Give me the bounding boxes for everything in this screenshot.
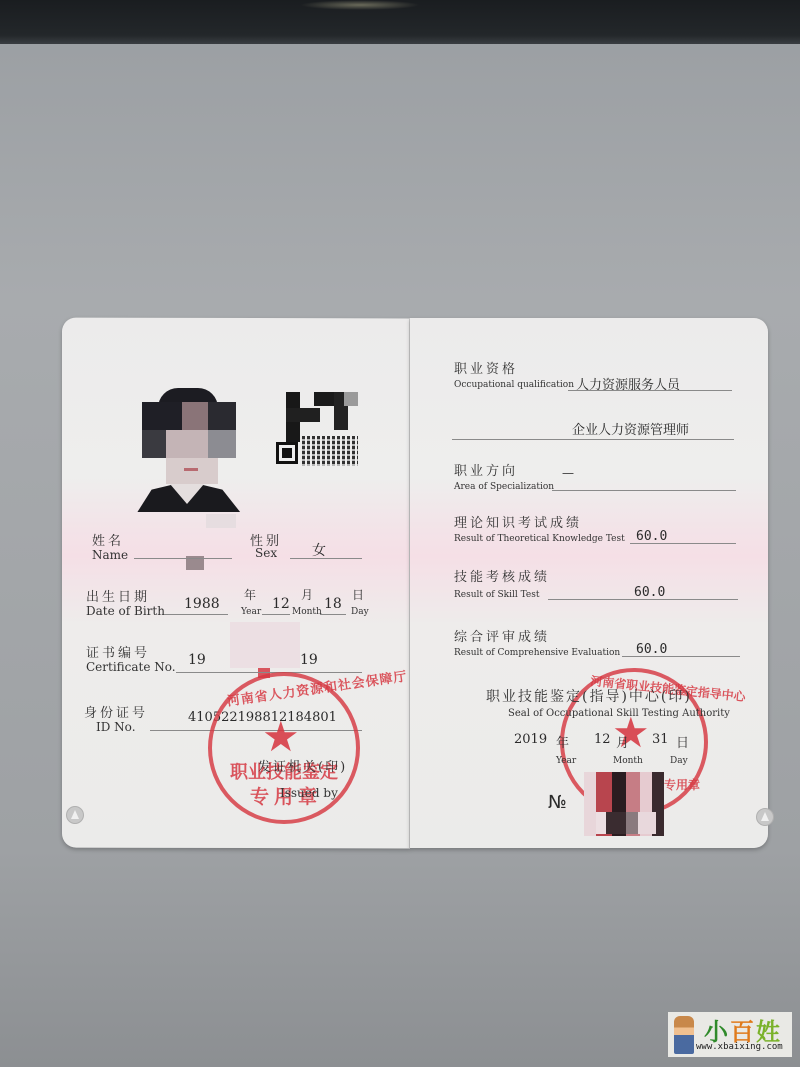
comprehensive-label-en: Result of Comprehensive Evaluation	[454, 648, 620, 658]
name-label-en: Name	[92, 548, 128, 562]
dob-day-en: Day	[351, 607, 369, 617]
occupation-label-en: Occupational qualification	[454, 380, 574, 390]
dob-year-en: Year	[241, 607, 261, 617]
issued-by-label-cn: 发证机关(印)	[258, 756, 347, 775]
specialization-label-en: Area of Specialization	[454, 482, 554, 492]
issue-day-cn: 日	[676, 732, 692, 751]
issue-month-en: Month	[613, 756, 643, 766]
skill-label-en: Result of Skill Test	[454, 590, 539, 600]
issue-year-en: Year	[556, 756, 576, 766]
qualification-level-underline	[452, 439, 734, 440]
specialization-value: —	[562, 466, 574, 480]
skill-underline	[548, 599, 738, 600]
id-no-label-en: ID No.	[96, 720, 136, 734]
cert-no-label-en: Certificate No.	[86, 660, 176, 674]
theory-label-en: Result of Theoretical Knowledge Test	[454, 534, 625, 544]
name-label-cn: 姓名	[92, 530, 124, 549]
theory-value: 60.0	[636, 529, 667, 544]
portrait-photo-pixelated	[128, 388, 246, 512]
left-seal-star-icon: ★	[262, 712, 300, 761]
farmer-mascot-icon	[674, 1016, 694, 1054]
occupation-label-cn: 职业资格	[454, 358, 518, 377]
skill-label-cn: 技能考核成绩	[454, 566, 550, 585]
cert-no-start: 19	[188, 652, 206, 668]
dob-year-underline	[164, 614, 228, 615]
comprehensive-label-cn: 综合评审成绩	[454, 626, 550, 645]
dob-month-cn: 月	[301, 586, 316, 603]
dob-year-cn: 年	[244, 586, 259, 603]
site-watermark: 小百姓 www.xbaixing.com	[668, 1012, 792, 1057]
dob-month: 12	[272, 596, 290, 612]
specialization-underline	[552, 490, 736, 491]
id-no-label-cn: 身份证号	[84, 702, 148, 721]
dob-day-cn: 日	[352, 586, 367, 603]
issue-month-cn: 月	[616, 732, 632, 751]
dob-month-underline	[262, 614, 290, 615]
cert-no-label-cn: 证书编号	[86, 642, 150, 661]
watermark-url: www.xbaixing.com	[696, 1042, 783, 1052]
name-underline	[134, 558, 232, 559]
issue-year: 2019	[514, 732, 547, 747]
left-page-emblem-icon	[66, 806, 84, 824]
serial-redacted-bottom	[596, 812, 656, 834]
sex-underline	[290, 558, 362, 559]
skill-value: 60.0	[634, 585, 665, 600]
sex-label-en: Sex	[255, 546, 277, 560]
qualification-level-value: 企业人力资源管理师	[572, 423, 702, 438]
theory-underline	[630, 543, 736, 544]
serial-prefix: №	[548, 792, 567, 813]
dob-month-en: Month	[292, 607, 322, 617]
comprehensive-value: 60.0	[636, 642, 667, 657]
issued-by-label-en: Issued by	[280, 786, 338, 800]
comprehensive-underline	[622, 656, 740, 657]
qr-code-pixelated	[274, 384, 362, 470]
dob-label-cn: 出生日期	[86, 586, 150, 605]
dob-day: 18	[324, 596, 342, 612]
cert-no-redacted	[230, 622, 300, 668]
theory-label-cn: 理论知识考试成绩	[454, 512, 582, 531]
dob-year: 1988	[184, 596, 220, 612]
authority-label-en: Seal of Occupational Skill Testing Autho…	[508, 708, 730, 719]
right-page-emblem-icon	[756, 808, 774, 826]
issue-day: 31	[652, 732, 669, 747]
issue-year-cn: 年	[556, 732, 572, 751]
occupation-underline	[568, 390, 732, 391]
cert-no-end: 19	[300, 652, 318, 668]
issue-day-en: Day	[670, 756, 688, 766]
authority-label-cn: 职业技能鉴定(指导)中心(印)	[486, 686, 692, 706]
sex-value: 女	[312, 540, 326, 560]
dob-day-underline	[320, 614, 346, 615]
dark-top-edge	[0, 0, 800, 44]
light-glare	[300, 0, 420, 10]
specialization-label-cn: 职业方向	[454, 460, 518, 479]
dob-label-en: Date of Birth	[86, 604, 165, 618]
issue-month: 12	[594, 732, 611, 747]
name-redacted-light	[206, 514, 236, 528]
